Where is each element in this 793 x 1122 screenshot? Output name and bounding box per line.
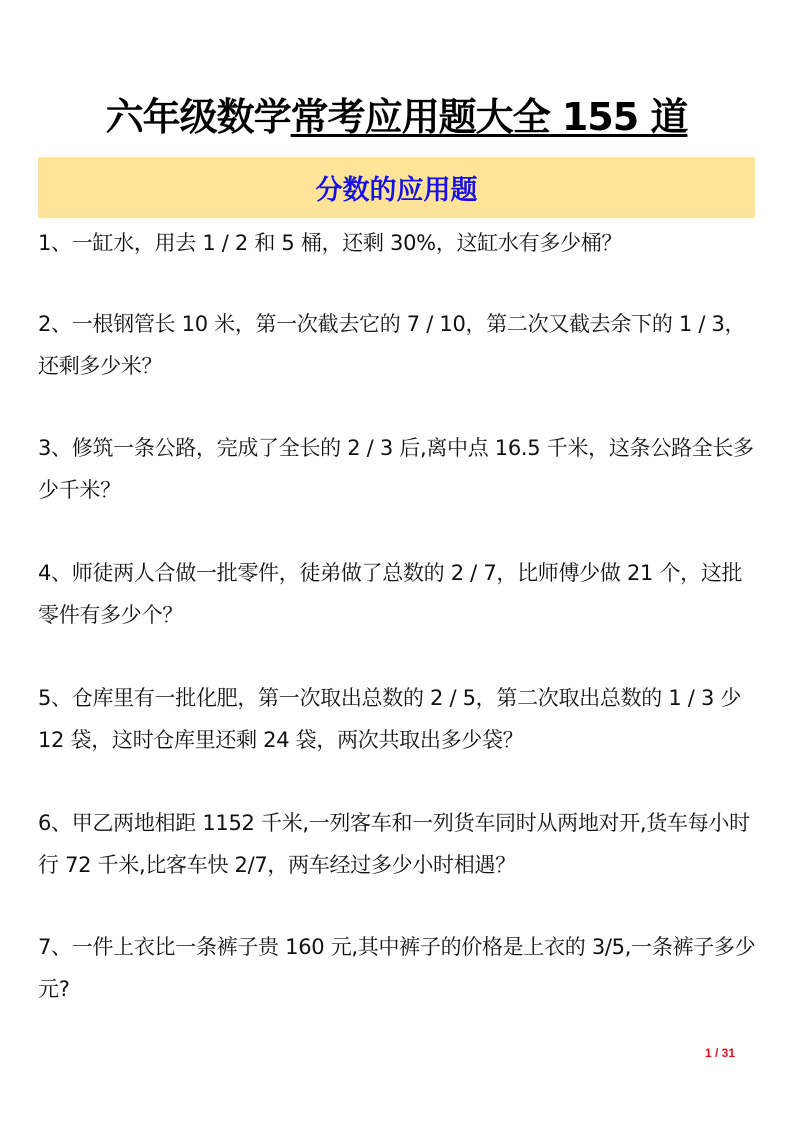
page-title-underlined: 常考应用题大全 155 道	[291, 95, 688, 139]
page-number: 1 / 31	[700, 1046, 740, 1060]
question-3: 3、修筑一条公路，完成了全长的 2 / 3 后,离中点 16.5 千米，这条公路…	[38, 427, 758, 511]
question-7: 7、一件上衣比一条裤子贵 160 元,其中裤子的价格是上衣的 3/5,一条裤子多…	[38, 926, 758, 1010]
question-6: 6、甲乙两地相距 1152 千米,一列客车和一列货车同时从两地对开,货车每小时行…	[38, 802, 758, 886]
section-banner: 分数的应用题	[38, 157, 755, 218]
section-title: 分数的应用题	[316, 168, 478, 207]
page-title: 六年级数学常考应用题大全 155 道	[0, 92, 793, 142]
question-4: 4、师徒两人合做一批零件，徒弟做了总数的 2 / 7，比师傅少做 21 个，这批…	[38, 552, 758, 636]
question-1: 1、一缸水，用去 1 / 2 和 5 桶，还剩 30%，这缸水有多少桶？	[38, 222, 758, 264]
question-5: 5、仓库里有一批化肥，第一次取出总数的 2 / 5，第二次取出总数的 1 / 3…	[38, 677, 758, 761]
page-title-plain: 六年级数学	[106, 95, 291, 139]
question-2: 2、一根钢管长 10 米，第一次截去它的 7 / 10，第二次又截去余下的 1 …	[38, 303, 758, 387]
